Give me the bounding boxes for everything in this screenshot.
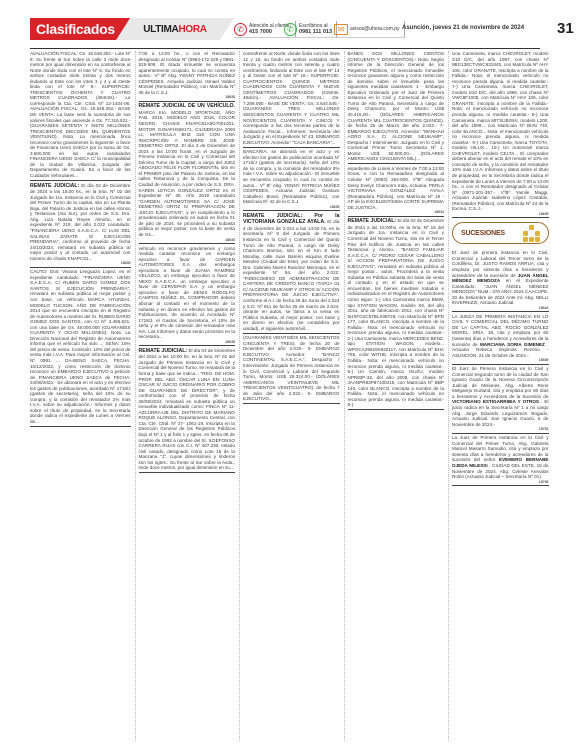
notice-code: 18635 [243, 205, 340, 209]
notice: AVALUACIÓN FISCAL: Gs. 18.548.352.- Lote… [30, 51, 131, 181]
notice: REMATE JUDICIAL: El día 04 de Diciembre … [139, 348, 236, 474]
notice-body: MARCA KIA, MODELO SPORTAGE, AÑO FAB. 201… [139, 110, 236, 237]
column-1: AVALUACIÓN FISCAL: Gs. 18.548.352.- Lote… [30, 51, 131, 741]
page-header: Clasificados ULTIMAHORA ✆ Atención al cl… [30, 18, 540, 40]
notice-code: 18635 [452, 212, 549, 216]
deceased-name: VICTORIANO ESTIGARRIBIA Y OTROS [452, 399, 539, 404]
notice-code: 18634 [348, 210, 445, 214]
page-number: 31 [557, 20, 574, 37]
notice: (GUARANÍES VEINTISÉIS MIL SEISCIENTOS CI… [243, 335, 340, 404]
notice-code: 18635 [30, 261, 131, 265]
email-icon: ✉ [334, 24, 348, 35]
notice: REMATE JUDICIAL: Por la VICTORIANA GONZÁ… [243, 213, 340, 334]
phone-icon: ✆ [234, 23, 247, 36]
classifieds-columns: AVALUACIÓN FISCAL: Gs. 18.548.352.- Lote… [30, 51, 550, 741]
contact-email: ✉ avisos@uhora.com.py [334, 21, 405, 38]
notice-body: (GUARANÍES VEINTISÉIS MIL SEISCIENTOS CI… [243, 335, 340, 401]
succession-notice: El Juez de Primera Instancia en lo Civil… [452, 366, 549, 434]
deceased-name: MARCIANA SORIA GIMENEZ [480, 342, 545, 347]
notice-heading: REMATE JUDICIAL DE UN VEHÍCULO. [139, 103, 236, 109]
newspaper-logo: ULTIMAHORA [116, 18, 234, 40]
notice-body: El Juez de Primera Instancia en lo Civil… [452, 366, 549, 399]
section-title: Clasificados [36, 21, 115, 37]
notice-code: 18544 [452, 306, 549, 310]
column-4: BANES DOS MILLONES CIENTOS (CINCUENTA Y … [344, 51, 445, 741]
dateline: Asunción, jueves 21 de noviembre de 2024 [402, 25, 524, 31]
notice-body: vehículo no reconoce gravámenes y como m… [139, 246, 236, 340]
notice-code: 18635 [139, 238, 236, 242]
notice: vehículo no reconoce gravámenes y como m… [139, 246, 236, 347]
section-label: SUCESIONES [461, 231, 505, 237]
notice-code: 18756 [452, 480, 549, 484]
section-title-banner: Clasificados [30, 18, 130, 40]
notice: BANES DOS MILLONES CIENTOS (CINCUENTA Y … [348, 51, 445, 164]
notice: 7:00 a 13:00 hs., o con el Rematador des… [139, 51, 236, 102]
notice: contrafrente al Norte, donde linda con l… [243, 51, 340, 148]
notice-body: Una Camioneta, marca CHEVROLET, modelo S… [452, 51, 549, 211]
notice-body: AVALUACIÓN FISCAL: Gs. 18.548.352.- Lote… [30, 51, 131, 178]
notice-heading: REMATE JUDICIAL: [139, 348, 188, 354]
notice: BANCARIA, se abonará en el acto y en efe… [243, 149, 340, 211]
logo-ultima: ULTIMA [143, 24, 178, 35]
notice-body: CAUTO: Dos: Viviana Lenguaza Lopez, en e… [30, 269, 131, 424]
family-tree-icon [523, 225, 540, 242]
notice-body: expediente de Lunes a Viernes de 7:00 a … [348, 166, 445, 210]
whatsapp-icon: ✆ [284, 23, 297, 36]
section-header-sucesiones: SUCESIONES [452, 222, 549, 244]
notice-body: 7:00 a 13:00 hs., o con el Rematador des… [139, 51, 236, 95]
notice-code: 18638 [139, 340, 236, 344]
notice-body: BANES DOS MILLONES CIENTOS (CINCUENTA Y … [348, 51, 445, 161]
notice: CAUTO: Dos: Viviana Lenguaza Lopez, en e… [30, 269, 131, 427]
notice-body: El día 02 de Diciembre de 2024 a las 15:… [30, 183, 131, 261]
notice: Una Camioneta, marca CHEVROLET, modelo S… [452, 51, 549, 218]
notice-body: El día 02 de Diciembre de 2024 a las 15:… [348, 218, 445, 407]
notice: REMATE JUDICIAL: El día 02 de Diciembre … [348, 218, 445, 410]
notice-heading: REMATE JUDICIAL: Por la VICTORIANA GONZÁ… [243, 213, 340, 226]
succession-notice: El Juez de primera instancia en lo Civil… [452, 250, 549, 312]
succession-notice: La Juez de Primera Instancia en lo Civil… [452, 435, 549, 486]
header-divider [30, 48, 540, 49]
column-2: 7:00 a 13:00 hs., o con el Rematador des… [135, 51, 236, 741]
contact-whatsapp-value: 0981 111 013 [299, 29, 332, 35]
column-3: contrafrente al Norte, donde linda con l… [239, 51, 340, 741]
notice: REMATE JUDICIAL: El día 02 de Diciembre … [30, 183, 131, 268]
contact-whatsapp: ✆ Escríbinos al0981 111 013 [284, 21, 337, 38]
notice-code: 18536 [452, 358, 549, 362]
notice-body: El día 4 de diciembre de 2.024 a las 14:… [243, 219, 340, 330]
notice-heading: REMATE JUDICIAL: [30, 183, 79, 189]
notice-code: 18752 [452, 427, 549, 431]
succession-notice: LA JUEZA DE PRIMERA INSTANCIA EN LO CIVI… [452, 314, 549, 365]
notice: expediente de Lunes a Viernes de 7:00 a … [348, 166, 445, 217]
notice-body: El día 04 de Diciembre del 2024 a las 10… [139, 348, 236, 470]
logo-hora: HORA [178, 24, 206, 35]
notice-body: contrafrente al Norte, donde linda con l… [243, 51, 340, 145]
column-5: Una Camioneta, marca CHEVROLET, modelo S… [448, 51, 549, 741]
contact-email-value: avisos@uhora.com.py [350, 26, 400, 32]
notice-body: BANCARIA, se abonará en el acto y en efe… [243, 149, 340, 204]
notice-code: 18635 [139, 95, 236, 99]
notice: REMATE JUDICIAL DE UN VEHÍCULO. MARCA KI… [139, 103, 236, 244]
notice-heading: REMATE JUDICIAL: [348, 218, 397, 224]
